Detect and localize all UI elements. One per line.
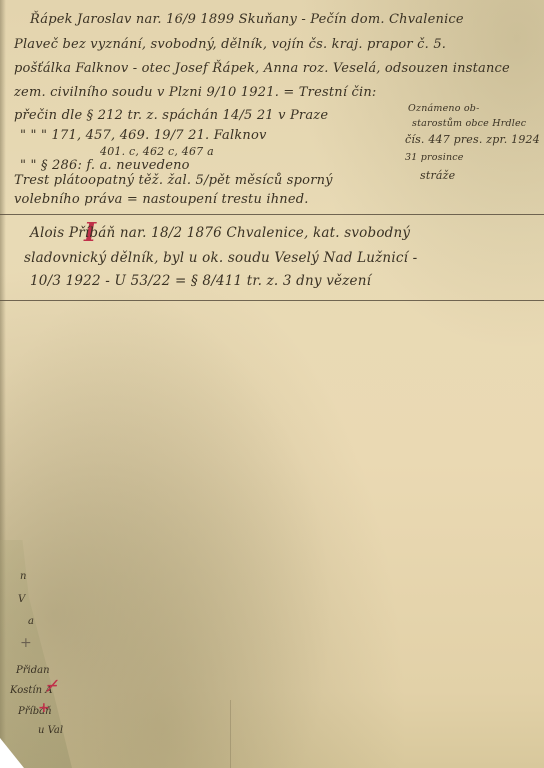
red-pencil-mark-2: +: [38, 700, 50, 716]
margin-fragment-7: u Val: [38, 725, 63, 736]
entry-1-line-5: přečin dle § 212 tr. z. spáchán 14/5 21 …: [14, 108, 328, 123]
record-card: Řápek Jaroslav nar. 16/9 1899 Skuňany - …: [0, 0, 544, 768]
margin-fragment-4: Přidan: [16, 665, 50, 676]
side-note-line-2: starostům obce Hrdlec: [412, 118, 526, 129]
entry-2-line-1: Alois Příbáň nar. 18/2 1876 Chvalenice, …: [30, 225, 410, 241]
entry-1-line-4: zem. civilního soudu v Plzni 9/10 1921. …: [14, 85, 377, 100]
entry-2-line-2: sladovnický dělník, byl u ok. soudu Vese…: [24, 250, 417, 266]
entry-1-line-7: 401. c, 462 c, 467 a: [100, 145, 214, 158]
margin-fragment-3: a: [28, 616, 34, 627]
entry-1-line-1: Řápek Jaroslav nar. 16/9 1899 Skuňany - …: [30, 12, 464, 27]
red-pencil-mark: ⌿: [46, 676, 56, 696]
side-note-line-4: 31 prosince: [405, 152, 464, 163]
side-note-line-5: stráže: [420, 169, 455, 182]
entry-1-line-2: Plaveč bez vyznání, svobodný, dělník, vo…: [14, 37, 446, 52]
entry-1-line-6: " " " 171, 457, 469. 19/7 21. Falknov: [20, 128, 267, 143]
entry-1-line-3: pošťálka Falknov - otec Josef Řápek, Ann…: [14, 61, 510, 76]
divider-line-2: [0, 300, 544, 301]
entry-2-line-3: 10/3 1922 - U 53/22 = § 8/411 tr. z. 3 d…: [30, 273, 371, 289]
entry-1-line-10: volebního práva = nastoupení trestu ihne…: [14, 192, 309, 207]
margin-fragment-2: V: [18, 594, 25, 605]
margin-fragment-1: n: [20, 571, 26, 582]
entry-1-line-8: " " § 286: f. a. neuvedeno: [20, 158, 190, 173]
entry-1-line-9: Trest plátoopatný těž. žal. 5/pět měsíců…: [14, 173, 333, 188]
side-note-line-3: čís. 447 pres. zpr. 1924: [405, 133, 540, 146]
paper-crease: [230, 700, 231, 768]
side-note-line-1: Oznámeno ob-: [408, 103, 479, 114]
pencil-cross-icon: +: [20, 635, 32, 651]
divider-line-1: [0, 214, 544, 215]
